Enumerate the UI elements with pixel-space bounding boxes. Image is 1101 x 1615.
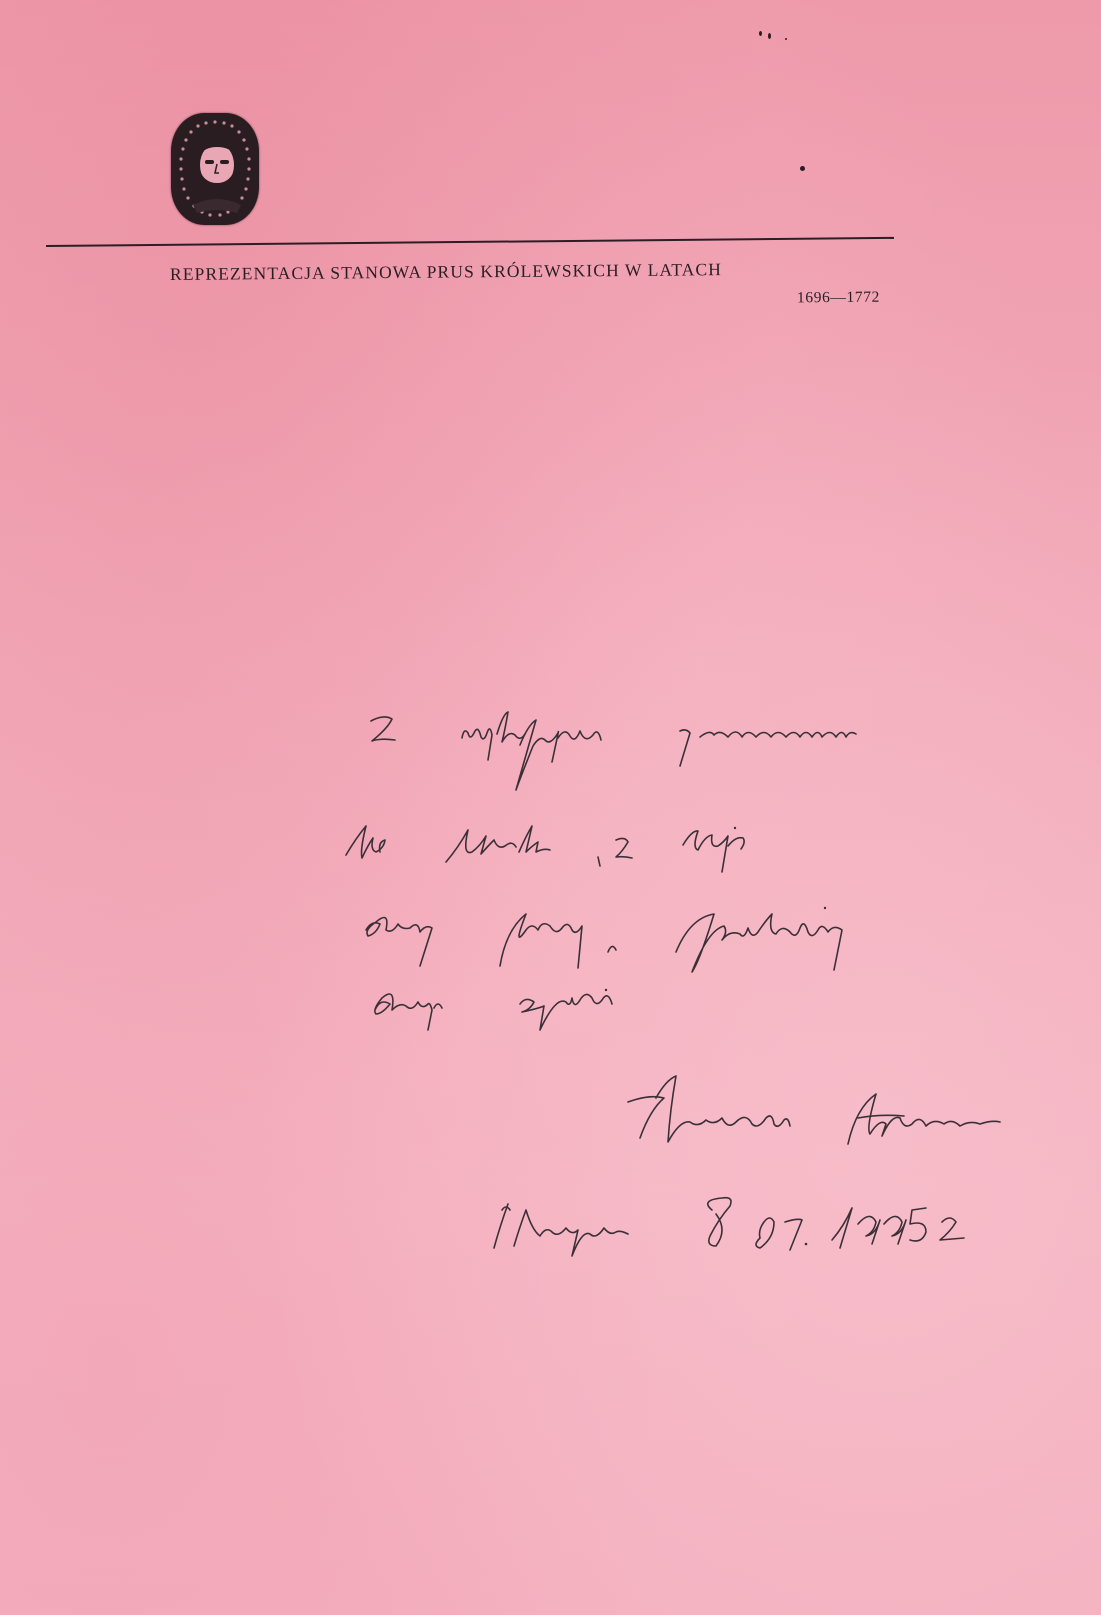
handwritten-note: Z najlepszymi życzeniami dla [illegible]… <box>0 0 1101 1615</box>
document-page: REPREZENTACJA STANOWA PRUS KRÓLEWSKICH W… <box>0 0 1101 1615</box>
handwriting-strokes <box>0 0 1101 1615</box>
